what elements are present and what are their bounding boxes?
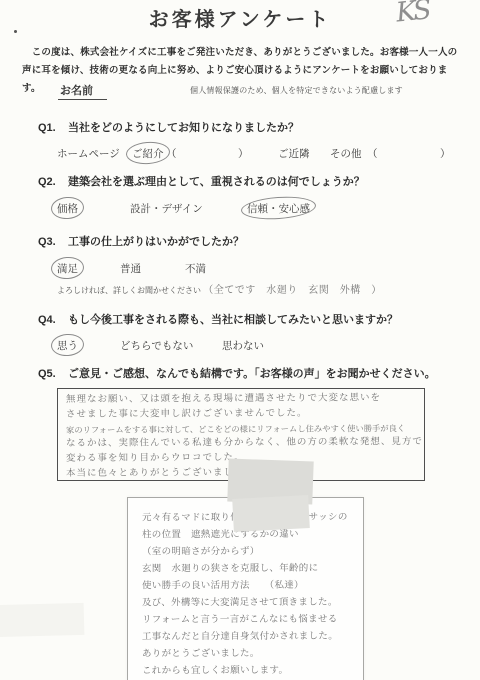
q1-referral-paren-open: （ [166, 146, 177, 161]
company-logo-ks: KS [394, 0, 430, 29]
note-line: 使い勝手の良い活用方法 （私達） [128, 577, 363, 595]
q2-option-design: 設計・デザイン [130, 201, 203, 216]
q3-options-row: 満足 普通 不満 [0, 261, 480, 281]
q2-option-trust: 信頼・安心感 [247, 201, 310, 216]
scan-dot-artifact [14, 30, 17, 33]
note-line: 工事なんだと自分達自身気付かされました。 [128, 628, 363, 646]
q3-detail-row: よろしければ、詳しくお聞かせください （全てです 水廻り 玄関 外構 ） [57, 281, 382, 296]
q1-other-paren-open: （ [367, 146, 378, 161]
q1-option-neighborhood: ご近隣 [278, 146, 310, 161]
question-text: もし今後工事をされる際も、当社に相談してみたいと思いますか？ [68, 314, 398, 326]
question-text: ご意見・ご感想、なんでも結構です。「お客様の声」をお聞かせください。 [68, 368, 436, 380]
privacy-note: 個人情報保護のため、個人を特定できないよう配慮します [190, 85, 480, 96]
comment-line: させました事に大変申し訳けございませんでした。 [58, 406, 424, 423]
question-text: 建築会社を選ぶ理由として、重視されるのは何でしょうか？ [68, 176, 365, 188]
question-q3: Q3.工事の仕上がりはいかがでしたか？ [38, 233, 244, 249]
question-number: Q4. [38, 314, 68, 326]
q4-option-neutral: どちらでもない [120, 338, 193, 353]
question-text: 当社をどのようにしてお知りになりましたか？ [68, 122, 299, 134]
question-q1: Q1.当社をどのようにしてお知りになりましたか？ [38, 119, 299, 135]
comment-line: 無理なお願い、又は頭を抱える現場に遭遇させたりで大変な思いを [58, 388, 424, 408]
q3-option-average: 普通 [120, 261, 141, 276]
question-number: Q5. [38, 368, 68, 380]
question-number: Q2. [38, 176, 68, 188]
name-row: お名前 個人情報保護のため、個人を特定できないよう配慮します [58, 82, 107, 98]
q1-option-referral: ご紹介 [132, 146, 164, 161]
question-number: Q1. [38, 122, 68, 134]
question-q2: Q2.建築会社を選ぶ理由として、重視されるのは何でしょうか？ [38, 173, 365, 189]
note-line: リフォームと言う一言がこんなにも悩ませる [128, 611, 363, 629]
q4-option-yes: 思う [57, 338, 78, 353]
q3-detail-handwritten-answer: （全てです 水廻り 玄関 外構 ） [203, 285, 382, 296]
q4-option-no: 思わない [222, 338, 264, 353]
q3-option-satisfied: 満足 [57, 261, 78, 276]
redaction-patch [232, 495, 310, 532]
q1-option-other: その他 [330, 146, 362, 161]
q2-option-price: 価格 [57, 201, 78, 216]
q3-detail-label: よろしければ、詳しくお聞かせください [57, 286, 201, 295]
question-q4: Q4.もし今後工事をされる際も、当社に相談してみたいと思いますか？ [38, 311, 398, 327]
survey-scan-page: お客様アンケート KS この度は、株式会社ケイズに工事をご発注いただき、ありがと… [0, 0, 480, 680]
note-line: ありがとうございました。 [128, 645, 363, 663]
note-line: 玄関 水廻りの狭さを克服し、年齢的に [128, 560, 363, 578]
name-field-label: お名前 [58, 85, 107, 100]
q1-option-homepage: ホームページ [57, 146, 120, 161]
note-line: これからも宜しくお願いします。 [128, 662, 363, 680]
scan-light-artifact [0, 603, 84, 637]
question-q5: Q5.ご意見・ご感想、なんでも結構です。「お客様の声」をお聞かせください。 [38, 365, 436, 381]
q1-referral-paren-close: ） [238, 146, 249, 161]
question-text: 工事の仕上がりはいかがでしたか？ [68, 236, 244, 248]
note-line: 及び、外構等に大変満足させて頂きました。 [128, 594, 363, 612]
q2-options-row: 価格 設計・デザイン 信頼・安心感 [0, 201, 480, 221]
q4-options-row: 思う どちらでもない 思わない [0, 338, 480, 358]
q3-option-dissatisfied: 不満 [185, 261, 206, 276]
question-number: Q3. [38, 236, 68, 248]
q1-options-row: ホームページ ご紹介 （ ） ご近隣 その他 （ ） [0, 146, 480, 166]
note-line: （室の明暗さが分からず） [128, 543, 363, 561]
q1-other-paren-close: ） [440, 146, 451, 161]
